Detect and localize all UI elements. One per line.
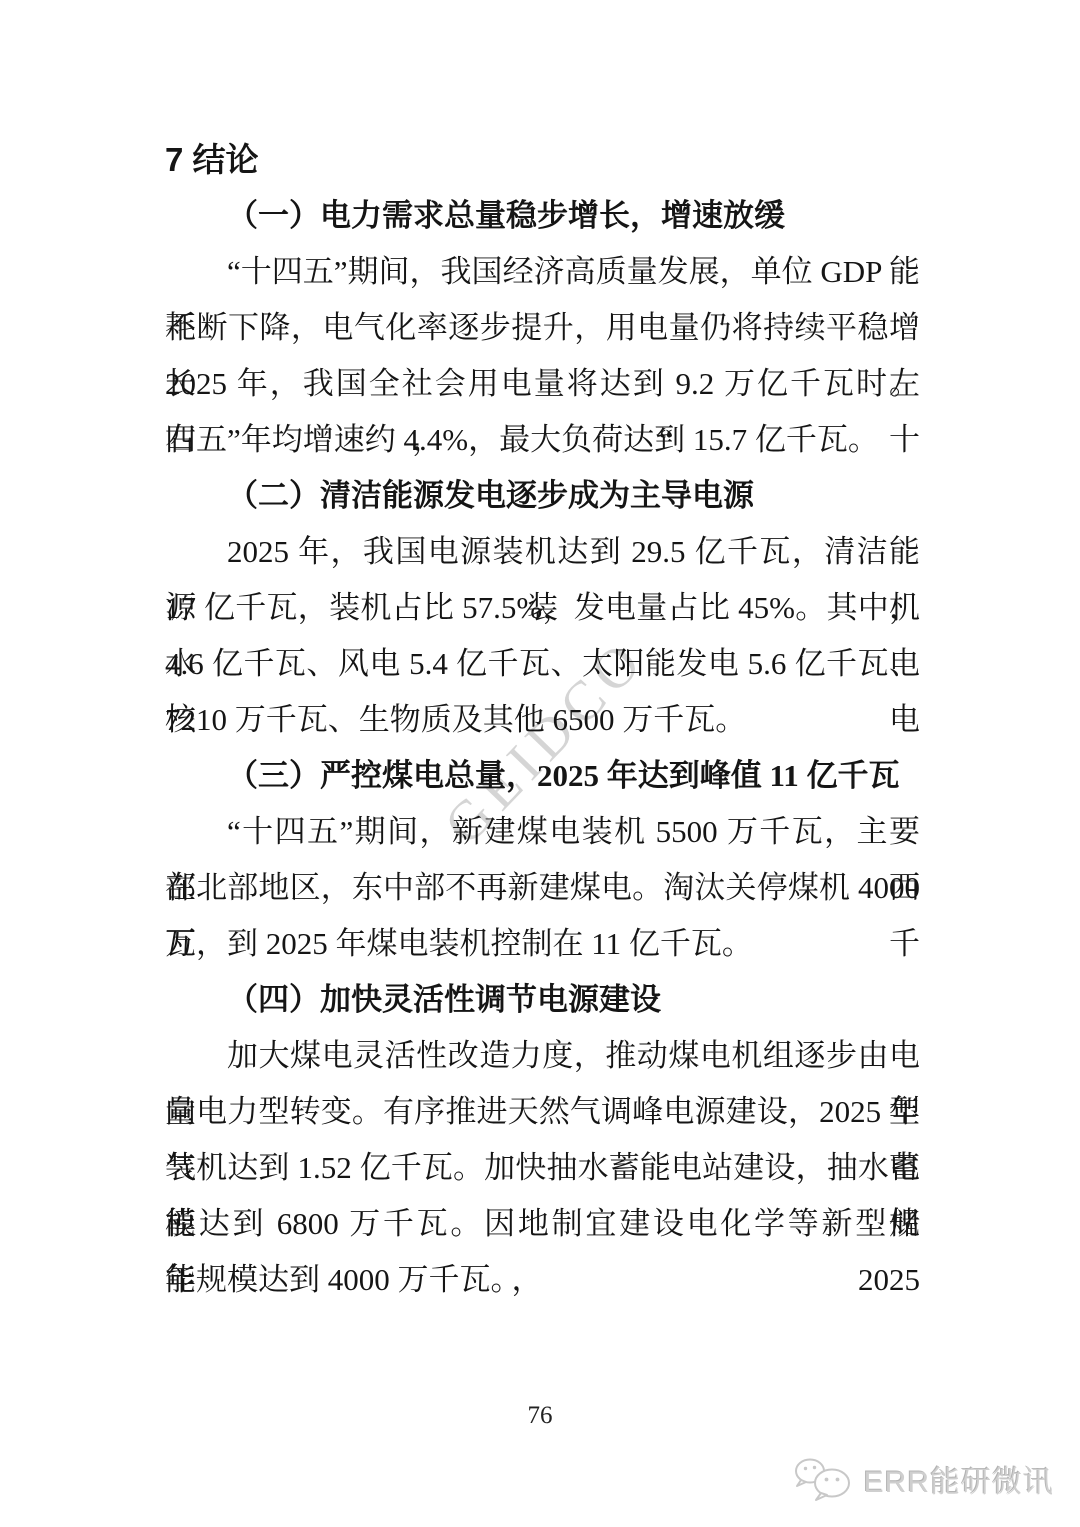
body-line: 模达到 6800 万千瓦。因地制宜建设电化学等新型储能，2025 — [165, 1196, 920, 1252]
body-line: 4.6 亿千瓦、风电 5.4 亿千瓦、太阳能发电 5.6 亿千瓦、核电 — [165, 636, 920, 692]
document-body: 7 结论 （一）电力需求总量稳步增长，增速放缓 “十四五”期间，我国经济高质量发… — [165, 132, 920, 1308]
body-line: 装机达到 1.52 亿千瓦。加快抽水蓄能电站建设，抽水蓄能规 — [165, 1140, 920, 1196]
body-line: 加大煤电灵活性改造力度，推动煤电机组逐步由电量型 — [165, 1028, 920, 1084]
section-heading-1: （一）电力需求总量稳步增长，增速放缓 — [165, 188, 920, 244]
brand-footer: ERR能研微讯 — [790, 1456, 1054, 1502]
body-line: 向电力型转变。有序推进天然气调峰电源建设，2025 年气电 — [165, 1084, 920, 1140]
body-line: 四五”年均增速约 4.4%，最大负荷达到 15.7 亿千瓦。 — [165, 412, 920, 468]
body-line: 17 亿千瓦，装机占比 57.5%，发电量占比 45%。其中，水电 — [165, 580, 920, 636]
body-line: 部北部地区，东中部不再新建煤电。淘汰关停煤机 4000 万千 — [165, 860, 920, 916]
body-line: 2025 年，我国电源装机达到 29.5 亿千瓦，清洁能源装机 — [165, 524, 920, 580]
body-line: “十四五”期间，我国经济高质量发展，单位 GDP 能耗 — [165, 244, 920, 300]
document-page: GEIDCO 7 结论 （一）电力需求总量稳步增长，增速放缓 “十四五”期间，我… — [0, 0, 1080, 1527]
chapter-title: 7 结论 — [165, 132, 920, 188]
section-heading-2: （二）清洁能源发电逐步成为主导电源 — [165, 468, 920, 524]
body-line: 不断下降，电气化率逐步提升，用电量仍将持续平稳增长。 — [165, 300, 920, 356]
body-line: 2025 年，我国全社会用电量将达到 9.2 万亿千瓦时左右，“十 — [165, 356, 920, 412]
wechat-icon — [790, 1456, 856, 1502]
body-line: “十四五”期间，新建煤电装机 5500 万千瓦，主要在西 — [165, 804, 920, 860]
section-heading-3: （三）严控煤电总量，2025 年达到峰值 11 亿千瓦 — [165, 748, 920, 804]
brand-name: ERR能研微讯 — [864, 1457, 1054, 1501]
page-number: 76 — [0, 1398, 1080, 1434]
section-heading-4: （四）加快灵活性调节电源建设 — [165, 972, 920, 1028]
